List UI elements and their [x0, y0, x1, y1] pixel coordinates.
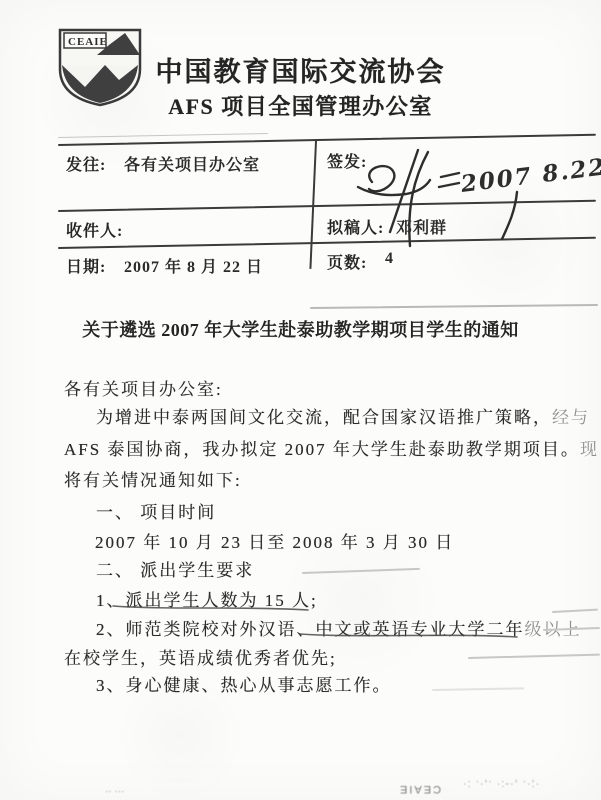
paragraph-line-2-faded: 现	[580, 440, 599, 459]
signature-date: 2007 8.22	[458, 153, 601, 198]
table-mid-rule-1	[58, 200, 596, 212]
scan-streak	[468, 654, 600, 659]
item-2-line-1: 2、师范类院校对外汉语、中文或英语专业大学二年级以上	[96, 615, 582, 640]
paragraph-line-3: 将有关情况通知如下:	[64, 466, 242, 491]
table-mid-rule-2	[58, 237, 596, 249]
recipient-label: 收件人:	[66, 218, 123, 241]
to-label: 发往:	[66, 152, 106, 175]
bleed-illegible-marks-left: ··· ··	[105, 786, 124, 797]
section1-dates: 2007 年 10 月 23 日至 2008 年 3 月 30 日	[95, 528, 454, 553]
section2-heading: 二、 派出学生要求	[96, 556, 254, 581]
scanned-memo-page: CEAIE 中国教育国际交流协会 AFS 项目全国管理办公室 发往: 各有关项目…	[0, 0, 601, 800]
to-value: 各有关项目办公室	[124, 152, 260, 175]
date-label: 日期:	[66, 254, 106, 277]
scan-artifact-rule	[310, 304, 598, 309]
section1-heading: 一、 项目时间	[96, 498, 216, 523]
item-3: 3、身心健康、热心从事志愿工作。	[96, 671, 392, 696]
item-1-underlined: 派出学生人数为 15 人;	[126, 591, 318, 610]
notice-title: 关于遴选 2007 年大学生赴泰助教学期项目学生的通知	[0, 316, 601, 342]
scan-streak	[552, 609, 598, 613]
paragraph-line-1-text: 为增进中泰两国间文化交流，配合国家汉语推广策略，	[96, 408, 552, 427]
scan-streak	[432, 687, 524, 690]
item-1: 1、派出学生人数为 15 人;	[96, 586, 318, 611]
salutation: 各有关项目办公室:	[64, 375, 223, 400]
drafter-value: 邓利群	[396, 215, 447, 238]
pages-label: 页数:	[327, 250, 367, 273]
paragraph-line-1: 为增进中泰两国间文化交流，配合国家汉语推广策略，经与	[96, 403, 590, 428]
item-1-prefix: 1、	[96, 591, 126, 610]
drafter-label: 拟稿人:	[327, 215, 384, 238]
table-top-rule-ghost	[58, 133, 268, 138]
pages-value: 4	[385, 250, 394, 268]
logo-text: CEAIE	[68, 36, 108, 48]
scan-streak	[302, 568, 420, 574]
bleed-illegible-marks-right: ·;·. ,·-:· .,·. :·	[462, 778, 539, 790]
item-2-line-2: 在校学生，英语成绩优秀者优先;	[64, 644, 337, 669]
item-2-underlined: 或英语专业大学二年	[354, 620, 525, 639]
org-name: 中国教育国际交流协会	[0, 50, 601, 89]
paragraph-line-2-text: AFS 泰国协商，我办拟定 2007 年大学生赴泰助教学期项目。	[64, 440, 580, 459]
paragraph-line-2: AFS 泰国协商，我办拟定 2007 年大学生赴泰助教学期项目。现	[64, 435, 599, 460]
bleed-mirrored-logo-text: CEAIE	[398, 783, 441, 795]
office-name: AFS 项目全国管理办公室	[0, 90, 601, 121]
item-2-prefix: 2、师范类院校对外汉语、中文	[96, 620, 354, 639]
paragraph-line-1-faded: 经与	[552, 408, 590, 427]
issued-by-label: 签发:	[327, 149, 367, 172]
date-value: 2007 年 8 月 22 日	[124, 254, 263, 277]
